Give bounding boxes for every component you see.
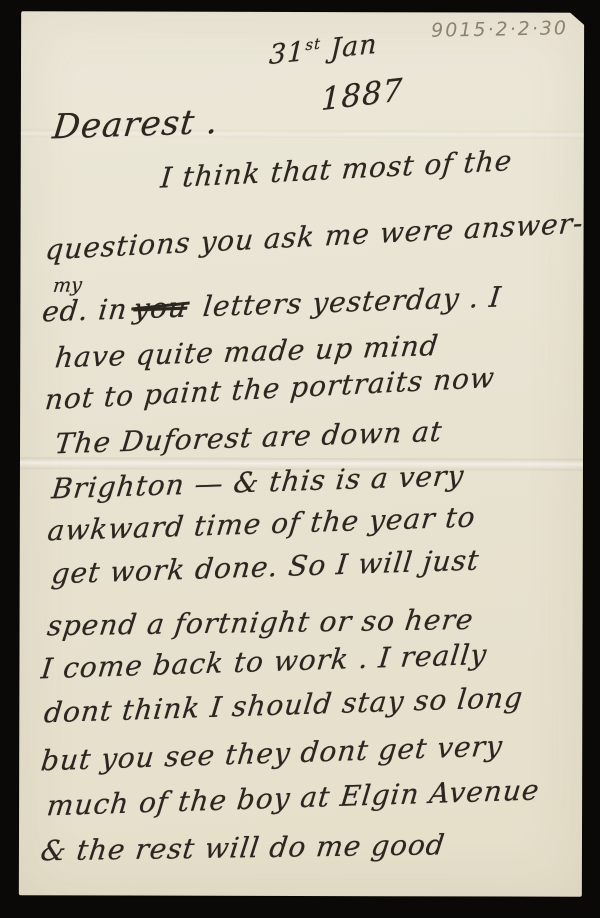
letter-paper: 9015·2·2·30 31st Jan 1887 Dearest . I th… xyxy=(19,11,584,896)
letter-line: but you see they dont get very xyxy=(41,729,504,777)
struck-word: you xyxy=(132,291,189,326)
accession-number: 9015·2·2·30 xyxy=(431,17,568,42)
date-ordinal: st xyxy=(305,34,321,54)
letter-line: get work done. So I will just xyxy=(51,544,480,591)
letter-line: I come back to work . I really xyxy=(41,638,488,685)
paper-corner-fold xyxy=(569,12,585,26)
letter-line: I think that most of the xyxy=(160,144,513,194)
letter-date: 31st Jan xyxy=(267,29,379,71)
letter-line-with-correction: ed. inyoumy letters yesterday . I xyxy=(42,281,502,329)
letter-year: 1887 xyxy=(319,72,406,118)
letter-line: & the rest will do me good xyxy=(41,828,446,867)
date-day: 31 xyxy=(268,36,305,71)
correction-after: letters yesterday . I xyxy=(201,280,503,323)
letter-line: awkward time of the year to xyxy=(47,501,476,548)
salutation: Dearest . xyxy=(52,102,219,147)
letter-line: The Duforest are down at xyxy=(54,415,442,460)
letter-line: dont think I should stay so long xyxy=(44,681,524,729)
date-month: Jan xyxy=(330,29,378,65)
letter-line: questions you ask me were answer- xyxy=(45,207,585,267)
letter-line: much of the boy at Elgin Avenue xyxy=(47,773,541,822)
correction-before: ed. in xyxy=(41,293,130,329)
inserted-word: my xyxy=(52,274,83,297)
letter-line: spend a fortnight or so here xyxy=(47,603,474,642)
photo-background: 9015·2·2·30 31st Jan 1887 Dearest . I th… xyxy=(0,0,600,918)
